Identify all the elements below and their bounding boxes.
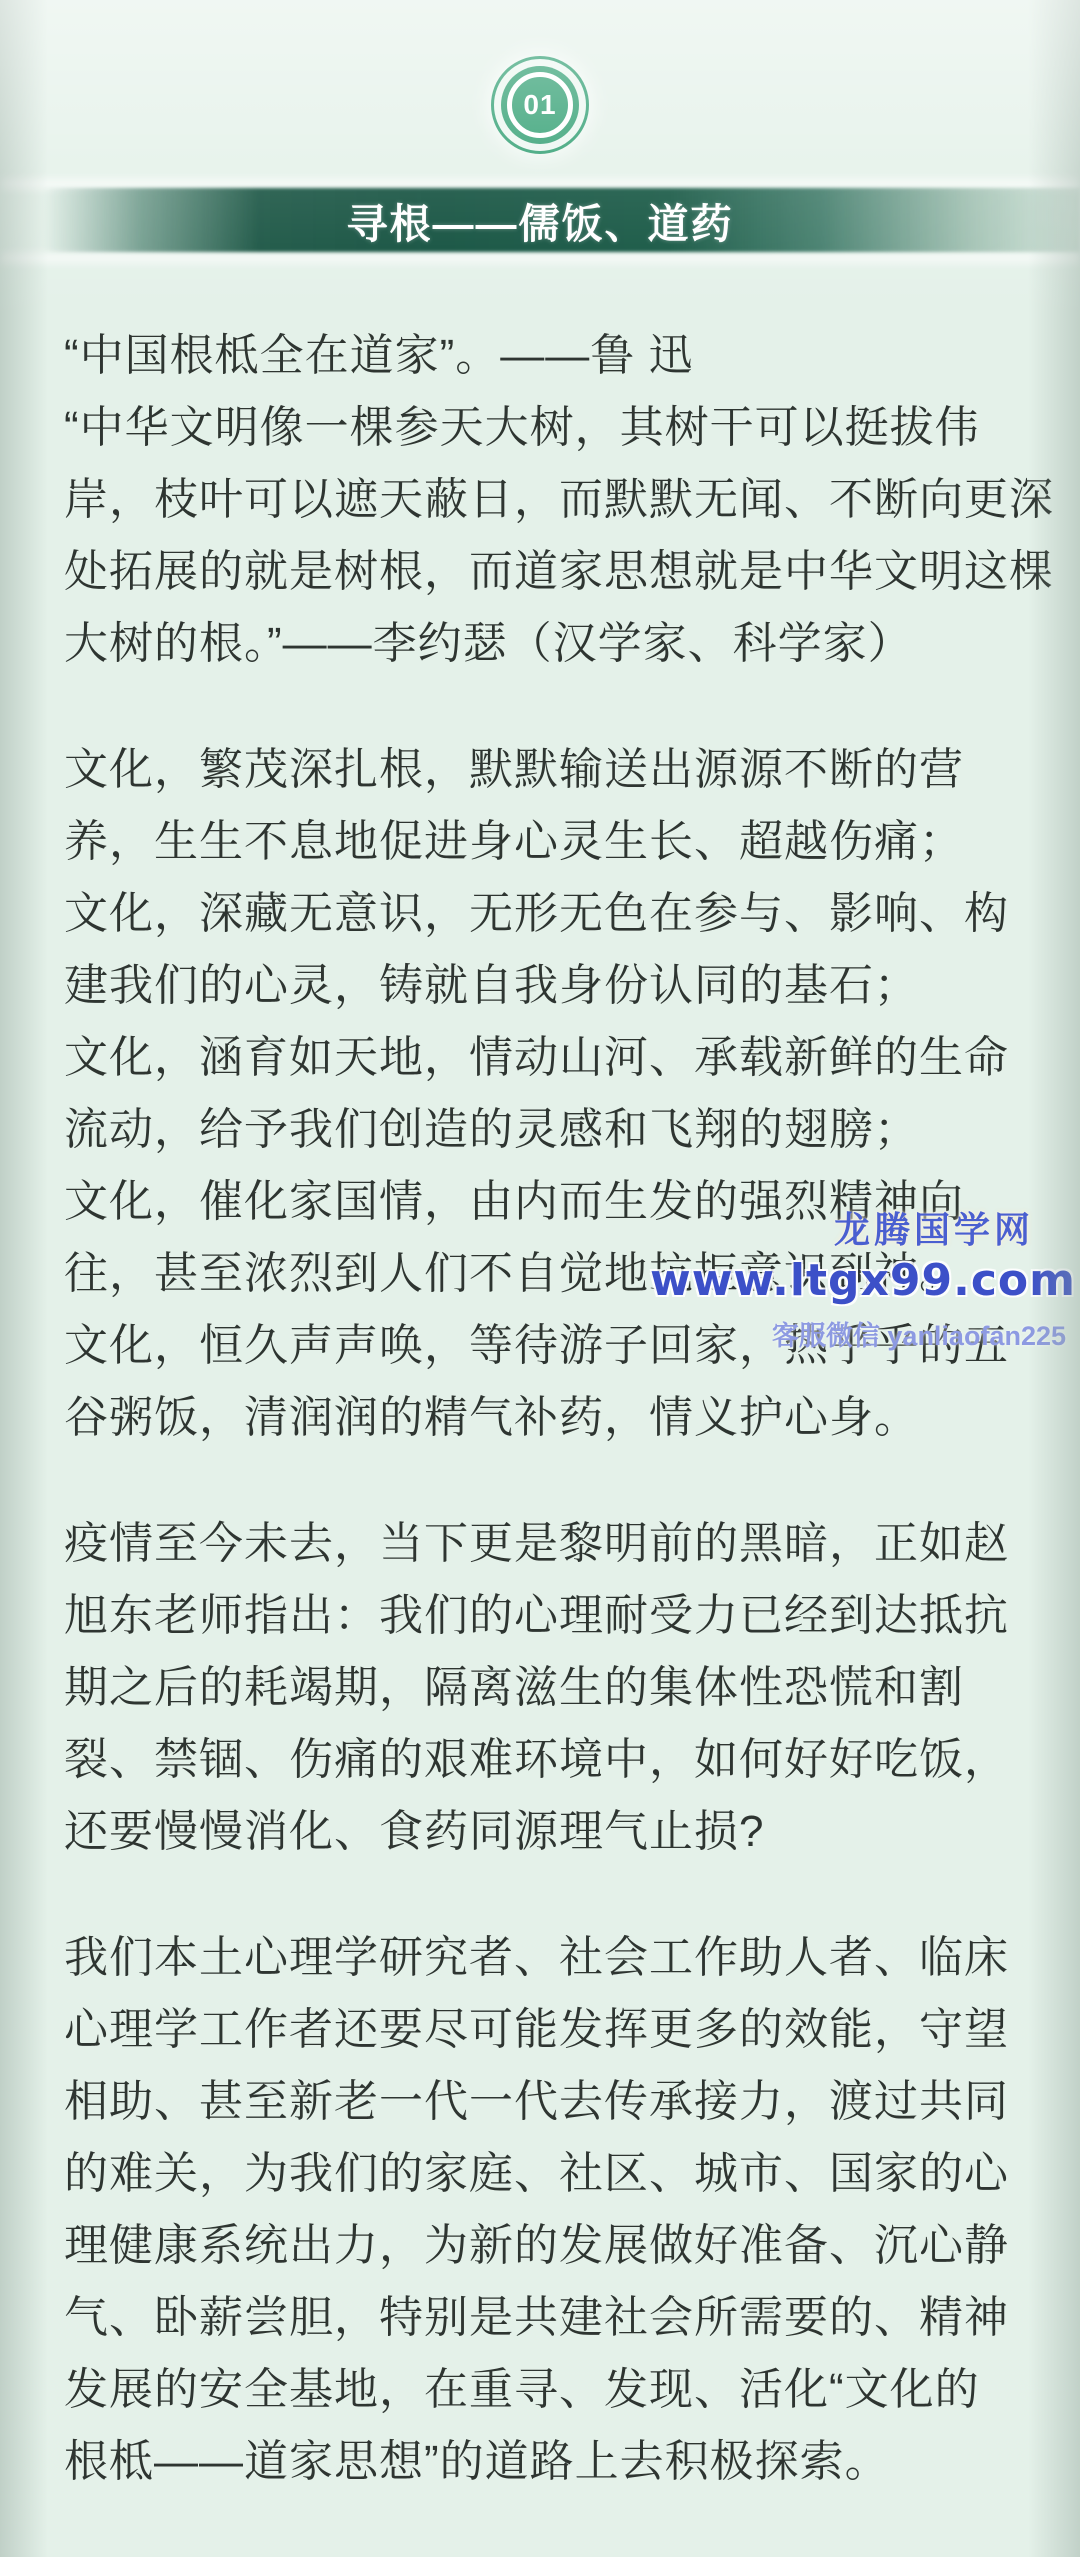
section-number-badge: 01 (0, 56, 1080, 154)
text-line: 岸，枝叶可以遮天蔽日，而默默无闻、不断向更深 (64, 464, 1024, 536)
text-line: 我们本土心理学研究者、社会工作助人者、临床 (64, 1922, 1024, 1994)
text-line: 谷粥饭，清润润的精气补药，情义护心身。 (64, 1382, 1024, 1454)
text-line: “中华文明像一棵参天大树，其树干可以挺拔伟 (64, 392, 1024, 464)
section-title-bar: 寻根——儒饭、道药 (0, 188, 1080, 252)
text-line: 理健康系统出力，为新的发展做好准备、沉心静 (64, 2210, 1024, 2282)
text-line: 流动，给予我们创造的灵感和飞翔的翅膀； (64, 1094, 1024, 1166)
badge-disc: 01 (501, 66, 579, 144)
text-line: 文化，催化家国情，由内而生发的强烈精神向 (64, 1166, 1024, 1238)
badge-inner-ring: 01 (507, 72, 573, 138)
text-line: 疫情至今未去，当下更是黎明前的黑暗，正如赵 (64, 1508, 1024, 1580)
text-line: “中国根柢全在道家”。——鲁 迅 (64, 320, 1024, 392)
text-line: 处拓展的就是树根，而道家思想就是中华文明这棵 (64, 536, 1024, 608)
text-line: 大树的根。”——李约瑟（汉学家、科学家） (64, 608, 1024, 680)
text-line: 发展的安全基地，在重寻、发现、活化“文化的 (64, 2354, 1024, 2426)
section-title: 寻根——儒饭、道药 (347, 191, 734, 250)
paragraph-mission: 我们本土心理学研究者、社会工作助人者、临床 心理学工作者还要尽可能发挥更多的效能… (64, 1922, 1024, 2498)
paragraph-quotes: “中国根柢全在道家”。——鲁 迅 “中华文明像一棵参天大树，其树干可以挺拔伟 岸… (64, 320, 1024, 680)
text-line: 根柢——道家思想”的道路上去积极探索。 (64, 2426, 1024, 2498)
article-body: “中国根柢全在道家”。——鲁 迅 “中华文明像一棵参天大树，其树干可以挺拔伟 岸… (64, 320, 1024, 2498)
text-line: 文化，恒久声声唤，等待游子回家，热乎乎的五 (64, 1310, 1024, 1382)
text-line: 相助、甚至新老一代一代去传承接力，渡过共同 (64, 2066, 1024, 2138)
text-line: 心理学工作者还要尽可能发挥更多的效能，守望 (64, 1994, 1024, 2066)
paragraph-pandemic: 疫情至今未去，当下更是黎明前的黑暗，正如赵 旭东老师指出：我们的心理耐受力已经到… (64, 1508, 1024, 1868)
text-line: 文化，涵育如天地，情动山河、承载新鲜的生命 (64, 1022, 1024, 1094)
text-line: 文化，繁茂深扎根，默默输送出源源不断的营 (64, 734, 1024, 806)
text-line: 建我们的心灵，铸就自我身份认同的基石； (64, 950, 1024, 1022)
text-line: 气、卧薪尝胆，特别是共建社会所需要的、精神 (64, 2282, 1024, 2354)
text-line: 旭东老师指出：我们的心理耐受力已经到达抵抗 (64, 1580, 1024, 1652)
badge-outer-ring: 01 (491, 56, 589, 154)
title-bar-glow-bottom (0, 252, 1080, 264)
paragraph-culture: 文化，繁茂深扎根，默默输送出源源不断的营 养，生生不息地促进身心灵生长、超越伤痛… (64, 734, 1024, 1454)
text-line: 的难关，为我们的家庭、社区、城市、国家的心 (64, 2138, 1024, 2210)
text-line: 养，生生不息地促进身心灵生长、超越伤痛； (64, 806, 1024, 878)
text-line: 往，甚至浓烈到人们不自觉地抗拒意识到神。 (64, 1238, 1024, 1310)
text-line: 文化，深藏无意识，无形无色在参与、影响、构 (64, 878, 1024, 950)
text-line: 裂、禁锢、伤痛的艰难环境中，如何好好吃饭， (64, 1724, 1024, 1796)
text-line: 还要慢慢消化、食药同源理气止损? (64, 1796, 1024, 1868)
text-line: 期之后的耗竭期，隔离滋生的集体性恐慌和割 (64, 1652, 1024, 1724)
badge-number: 01 (523, 89, 556, 121)
